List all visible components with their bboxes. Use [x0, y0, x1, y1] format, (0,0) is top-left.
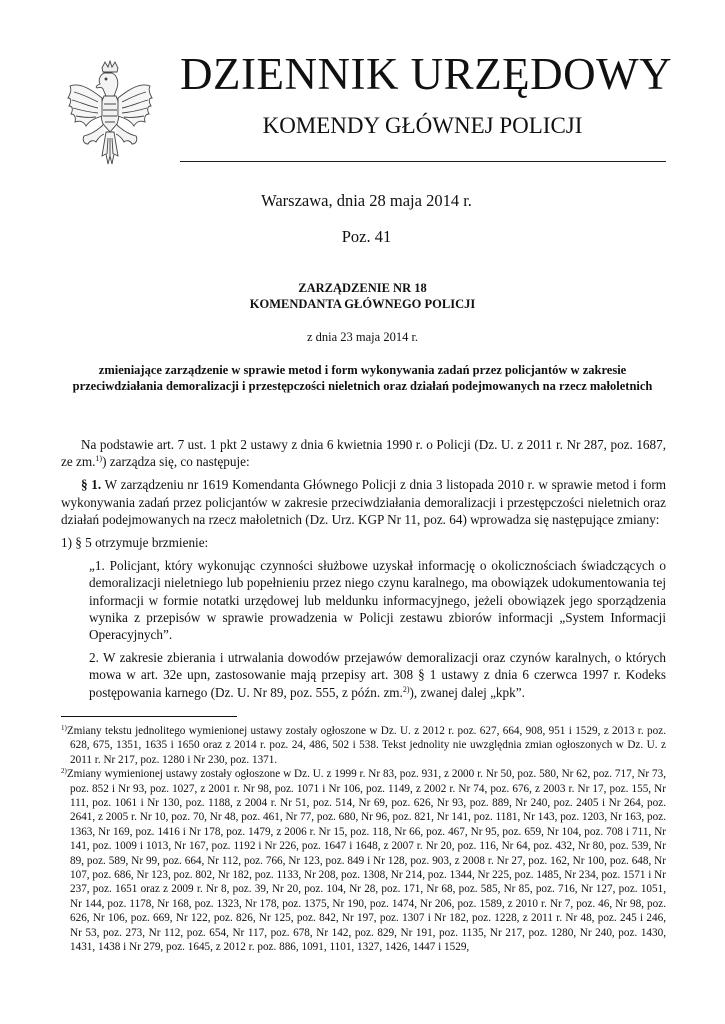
journal-subtitle: KOMENDY GŁÓWNEJ POLICJI [180, 114, 665, 137]
act-title-line-1: ZARZĄDZENIE NR 18 [0, 280, 725, 296]
footnotes: 1)Zmiany tekstu jednolitego wymienionej … [61, 724, 666, 955]
preamble: Na podstawie art. 7 ust. 1 pkt 2 ustawy … [61, 436, 666, 470]
quoted-paragraph-2-end: ), zwanej dalej „kpk”. [410, 685, 525, 700]
act-date: z dnia 23 maja 2014 r. [0, 330, 725, 345]
point-1: 1) § 5 otrzymuje brzmienie: [61, 534, 666, 551]
section-1-text: W zarządzeniu nr 1619 Komendanta Główneg… [61, 477, 666, 526]
footnote-divider [61, 716, 237, 717]
journal-title: DZIENNIK URZĘDOWY [180, 52, 670, 97]
quoted-paragraph-2-text: 2. W zakresie zbierania i utrwalania dow… [89, 650, 666, 699]
footnote-2: 2)Zmiany wymienionej ustawy zostały ogło… [61, 767, 666, 954]
footnote-ref-2[interactable]: 2) [403, 685, 410, 694]
footnote-1: 1)Zmiany tekstu jednolitego wymienionej … [61, 724, 666, 767]
act-title-line-2: KOMENDANTA GŁÓWNEGO POLICJI [0, 296, 725, 312]
act-subject: zmieniające zarządzenie w sprawie metod … [60, 362, 665, 394]
footnote-1-text: Zmiany tekstu jednolitego wymienionej us… [67, 725, 666, 766]
section-1: § 1. W zarządzeniu nr 1619 Komendanta Gł… [61, 476, 666, 528]
polish-eagle-emblem-icon [62, 60, 158, 172]
act-title: ZARZĄDZENIE NR 18 KOMENDANTA GŁÓWNEGO PO… [0, 280, 725, 312]
publication-place-date: Warszawa, dnia 28 maja 2014 r. [0, 191, 725, 211]
preamble-text-end: ) zarządza się, co następuje: [102, 454, 250, 469]
footnote-2-text: Zmiany wymienionej ustawy zostały ogłosz… [67, 768, 666, 953]
quoted-provision: „1. Policjant, który wykonując czynności… [61, 557, 666, 701]
quoted-paragraph-2: 2. W zakresie zbierania i utrwalania dow… [89, 649, 666, 701]
position-number: Poz. 41 [0, 227, 725, 247]
document-body: Na podstawie art. 7 ust. 1 pkt 2 ustawy … [61, 436, 666, 701]
masthead-divider [180, 161, 666, 162]
section-1-label: § 1. [81, 477, 101, 492]
quoted-paragraph-1: „1. Policjant, który wykonując czynności… [89, 557, 666, 643]
